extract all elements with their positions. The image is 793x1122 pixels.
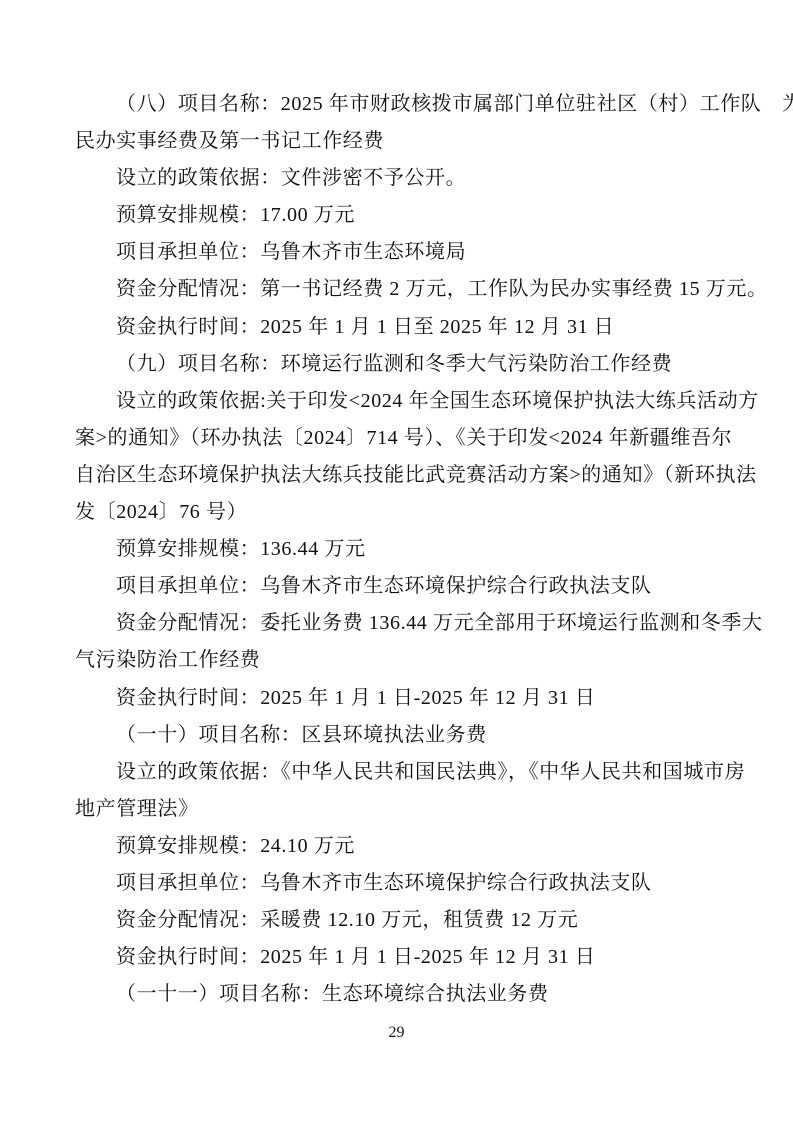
doc-line: （一十）项目名称：区县环境执法业务费 (75, 717, 731, 754)
doc-line: 设立的政策依据：文件涉密不予公开。 (75, 160, 731, 197)
doc-line: （八）项目名称：2025 年市财政核拨市属部门单位驻社区（村）工作队 为 (75, 86, 731, 123)
doc-line: 资金执行时间：2025 年 1 月 1 日-2025 年 12 月 31 日 (75, 939, 731, 976)
doc-line: 地产管理法》 (75, 791, 731, 828)
doc-line: 资金执行时间：2025 年 1 月 1 日-2025 年 12 月 31 日 (75, 680, 731, 717)
document-body: （八）项目名称：2025 年市财政核拨市属部门单位驻社区（村）工作队 为 民办实… (75, 86, 731, 1013)
doc-line: 发〔2024〕76 号） (75, 494, 731, 531)
doc-line: 项目承担单位：乌鲁木齐市生态环境局 (75, 234, 731, 271)
doc-line: 自治区生态环境保护执法大练兵技能比武竞赛活动方案>的通知》（新环执法 (75, 457, 731, 494)
page-number: 29 (0, 1022, 793, 1044)
doc-line: 资金分配情况：采暖费 12.10 万元，租赁费 12 万元 (75, 902, 731, 939)
doc-line: 设立的政策依据:关于印发<2024 年全国生态环境保护执法大练兵活动方 (75, 383, 731, 420)
doc-line: 预算安排规模：24.10 万元 (75, 828, 731, 865)
doc-line: 案>的通知》（环办执法〔2024〕714 号）、《关于印发<2024 年新疆维吾… (75, 420, 731, 457)
doc-line: （一十一）项目名称：生态环境综合执法业务费 (75, 976, 731, 1013)
doc-line: （九）项目名称：环境运行监测和冬季大气污染防治工作经费 (75, 346, 731, 383)
doc-line: 设立的政策依据：《中华人民共和国民法典》，《中华人民共和国城市房 (75, 754, 731, 791)
doc-line: 气污染防治工作经费 (75, 642, 731, 679)
doc-line: 预算安排规模：136.44 万元 (75, 531, 731, 568)
doc-line: 民办实事经费及第一书记工作经费 (75, 123, 731, 160)
doc-line: 预算安排规模：17.00 万元 (75, 197, 731, 234)
doc-line: 资金执行时间：2025 年 1 月 1 日至 2025 年 12 月 31 日 (75, 309, 731, 346)
doc-line: 资金分配情况：委托业务费 136.44 万元全部用于环境运行监测和冬季大 (75, 605, 731, 642)
doc-line: 项目承担单位：乌鲁木齐市生态环境保护综合行政执法支队 (75, 568, 731, 605)
doc-line: 资金分配情况：第一书记经费 2 万元，工作队为民办实事经费 15 万元。 (75, 271, 731, 308)
doc-line: 项目承担单位：乌鲁木齐市生态环境保护综合行政执法支队 (75, 865, 731, 902)
document-page: （八）项目名称：2025 年市财政核拨市属部门单位驻社区（村）工作队 为 民办实… (0, 0, 793, 1122)
